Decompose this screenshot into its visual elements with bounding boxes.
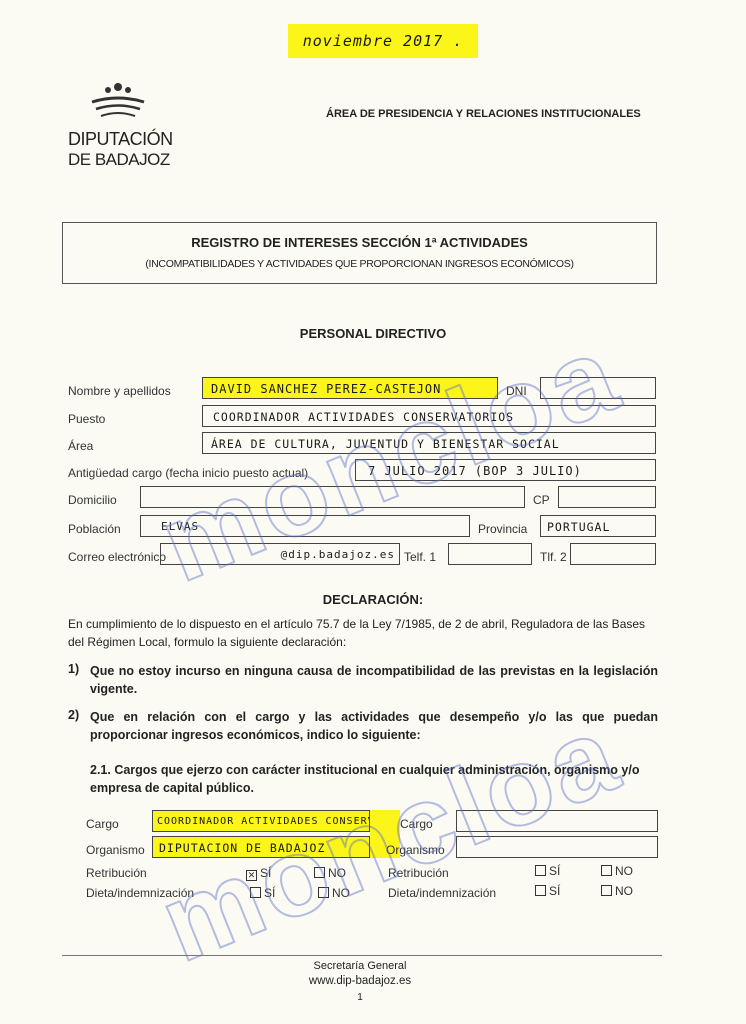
footer-url[interactable]: www.dip-badajoz.es <box>0 975 720 987</box>
provincia-label: Provincia <box>478 522 527 536</box>
declaration-title: DECLARACIÓN: <box>0 592 746 607</box>
diputacion-logo: DIPUTACIÓN DE BADAJOZ <box>68 82 178 168</box>
logo-line-2: DE BADAJOZ <box>68 150 178 170</box>
area-label: Área <box>68 439 93 453</box>
cp-field[interactable] <box>558 486 656 508</box>
email-label: Correo electrónico <box>68 550 166 564</box>
cp-label: CP <box>533 493 550 507</box>
item-2-number: 2) <box>68 708 79 722</box>
crown-emblem-icon <box>68 82 178 122</box>
retribucion-2-no-checkbox[interactable]: NO <box>601 864 633 878</box>
telf2-label: Tlf. 2 <box>540 550 567 564</box>
item-1-text: Que no estoy incurso en ninguna causa de… <box>90 662 658 698</box>
logo-line-1: DIPUTACIÓN <box>68 129 178 150</box>
form-subtitle: (INCOMPATIBILIDADES Y ACTIVIDADES QUE PR… <box>63 258 656 270</box>
checkbox-icon <box>535 885 546 896</box>
option-no: NO <box>615 884 633 898</box>
retribucion-2-si-checkbox[interactable]: SÍ <box>535 864 560 878</box>
telf1-label: Telf. 1 <box>404 550 436 564</box>
poblacion-label: Población <box>68 522 121 536</box>
handwritten-date-note: noviembre 2017 . <box>288 24 478 58</box>
footer-org: Secretaría General <box>0 960 720 972</box>
item-1-number: 1) <box>68 662 79 676</box>
title-box: REGISTRO DE INTERESES SECCIÓN 1ª ACTIVID… <box>62 222 657 284</box>
department-heading: ÁREA DE PRESIDENCIA Y RELACIONES INSTITU… <box>326 108 641 120</box>
checkbox-icon <box>601 885 612 896</box>
organismo-1-label: Organismo <box>86 843 145 857</box>
checkbox-icon <box>535 865 546 876</box>
checkbox-icon <box>601 865 612 876</box>
name-label: Nombre y apellidos <box>68 384 171 398</box>
page-number: 1 <box>0 992 720 1003</box>
domicilio-label: Domicilio <box>68 493 117 507</box>
provincia-field[interactable]: PORTUGAL <box>540 515 656 537</box>
option-si: SÍ <box>549 864 560 878</box>
retribucion-1-label: Retribución <box>86 866 147 880</box>
cargo-1-label: Cargo <box>86 817 119 831</box>
declaration-intro: En cumplimiento de lo dispuesto en el ar… <box>68 615 658 651</box>
form-title: REGISTRO DE INTERESES SECCIÓN 1ª ACTIVID… <box>63 235 656 250</box>
section-title: PERSONAL DIRECTIVO <box>0 326 746 341</box>
dieta-2-no-checkbox[interactable]: NO <box>601 884 633 898</box>
puesto-label: Puesto <box>68 412 105 426</box>
option-si: SÍ <box>549 884 560 898</box>
telf2-field[interactable] <box>570 543 656 565</box>
telf1-field[interactable] <box>448 543 532 565</box>
option-no: NO <box>615 864 633 878</box>
dieta-2-si-checkbox[interactable]: SÍ <box>535 884 560 898</box>
footer-divider <box>62 955 662 956</box>
